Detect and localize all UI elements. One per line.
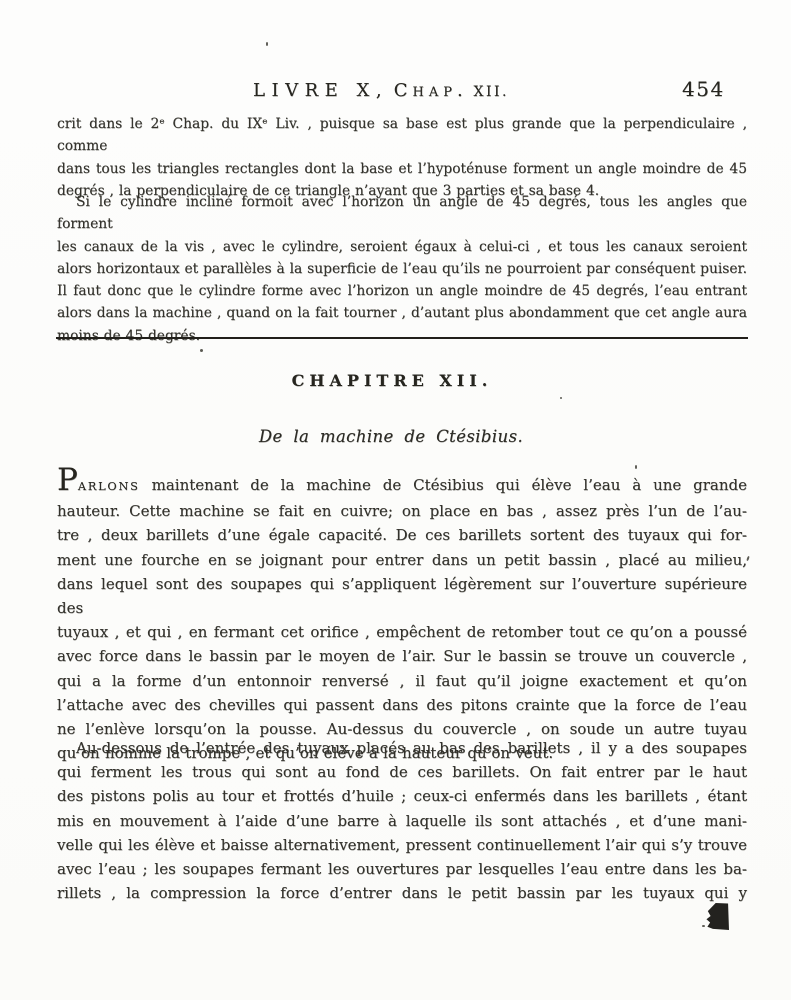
running-head-chap: Chap.: [394, 80, 468, 101]
chapter-heading: CHAPITRE XII.: [47, 371, 737, 390]
chapter-subtitle: De la machine de Ctésibius.: [46, 427, 736, 446]
text-line: avec force dans le bassin par le moyen d…: [57, 644, 747, 668]
text-line: qui ferment les trous qui sont au fond d…: [57, 760, 747, 784]
text-line: qui a la forme d’un entonnoir renversé ,…: [57, 669, 747, 693]
paragraph-parlons: PARLONS maintenant de la machine de Ctés…: [57, 473, 747, 765]
text-line: des pistons polis au tour et frottés d’h…: [57, 784, 747, 808]
paragraph-soupapes: Au-dessous de l’entrée des tuyaux placés…: [57, 736, 747, 905]
scan-speck: [746, 556, 750, 561]
text-line: dans lequel sont des soupapes qui s’appl…: [57, 572, 747, 620]
first-line-text: maintenant de la machine de Ctésibius qu…: [152, 476, 747, 494]
text-line: rillets , la compression la force d’entr…: [57, 881, 747, 905]
running-head-chap-num: XII.: [473, 84, 508, 100]
text-line-dropcap: PARLONS maintenant de la machine de Ctés…: [57, 473, 747, 499]
text-line: crit dans le 2ᵉ Chap. du IXᵉ Liv. , puis…: [57, 113, 747, 158]
text-line: hauteur. Cette machine se fait en cuivre…: [57, 499, 747, 523]
text-line: alors dans la machine , quand on la fait…: [57, 302, 747, 324]
text-line: Il faut donc que le cylindre forme avec …: [57, 280, 747, 302]
scan-speck: [702, 925, 705, 927]
ink-blot-artifact: [706, 903, 729, 930]
text-line: dans tous les triangles rectangles dont …: [57, 158, 747, 180]
initial-capital: P: [57, 462, 78, 498]
text-line: avec l’eau ; les soupapes fermant les ou…: [57, 857, 747, 881]
scan-speck: [560, 397, 562, 399]
scan-speck: [266, 42, 268, 46]
text-line: les canaux de la vis , avec le cylindre,…: [57, 236, 747, 258]
running-head: LIVRE X, Chap. XII.: [36, 80, 726, 101]
text-line: Au-dessous de l’entrée des tuyaux placés…: [57, 736, 747, 760]
scan-speck: [200, 349, 203, 352]
scan-speck: [635, 465, 637, 469]
paragraph-cylinder: Si le cylindre incliné formoit avec l’ho…: [57, 191, 747, 347]
section-divider-rule: [56, 337, 748, 339]
text-line: tuyaux , et qui , en fermant cet orifice…: [57, 620, 747, 644]
text-line: alors horizontaux et parallèles à la sup…: [57, 258, 747, 280]
text-line: Si le cylindre incliné formoit avec l’ho…: [57, 191, 747, 236]
text-line: velle qui les élève et baisse alternativ…: [57, 833, 747, 857]
page-number: 454: [682, 77, 725, 101]
small-caps-run: ARLONS: [78, 480, 140, 493]
text-line: l’attache avec des chevilles qui passent…: [57, 693, 747, 717]
text-line: moins de 45 degrés.: [57, 325, 747, 347]
running-head-book: LIVRE X,: [253, 80, 388, 101]
paragraph-continuation: crit dans le 2ᵉ Chap. du IXᵉ Liv. , puis…: [57, 113, 747, 202]
text-line: ment une fourche en se joignant pour ent…: [57, 548, 747, 572]
text-line: tre , deux barillets d’une égale capacit…: [57, 523, 747, 547]
text-line: mis en mouvement à l’aide d’une barre à …: [57, 809, 747, 833]
